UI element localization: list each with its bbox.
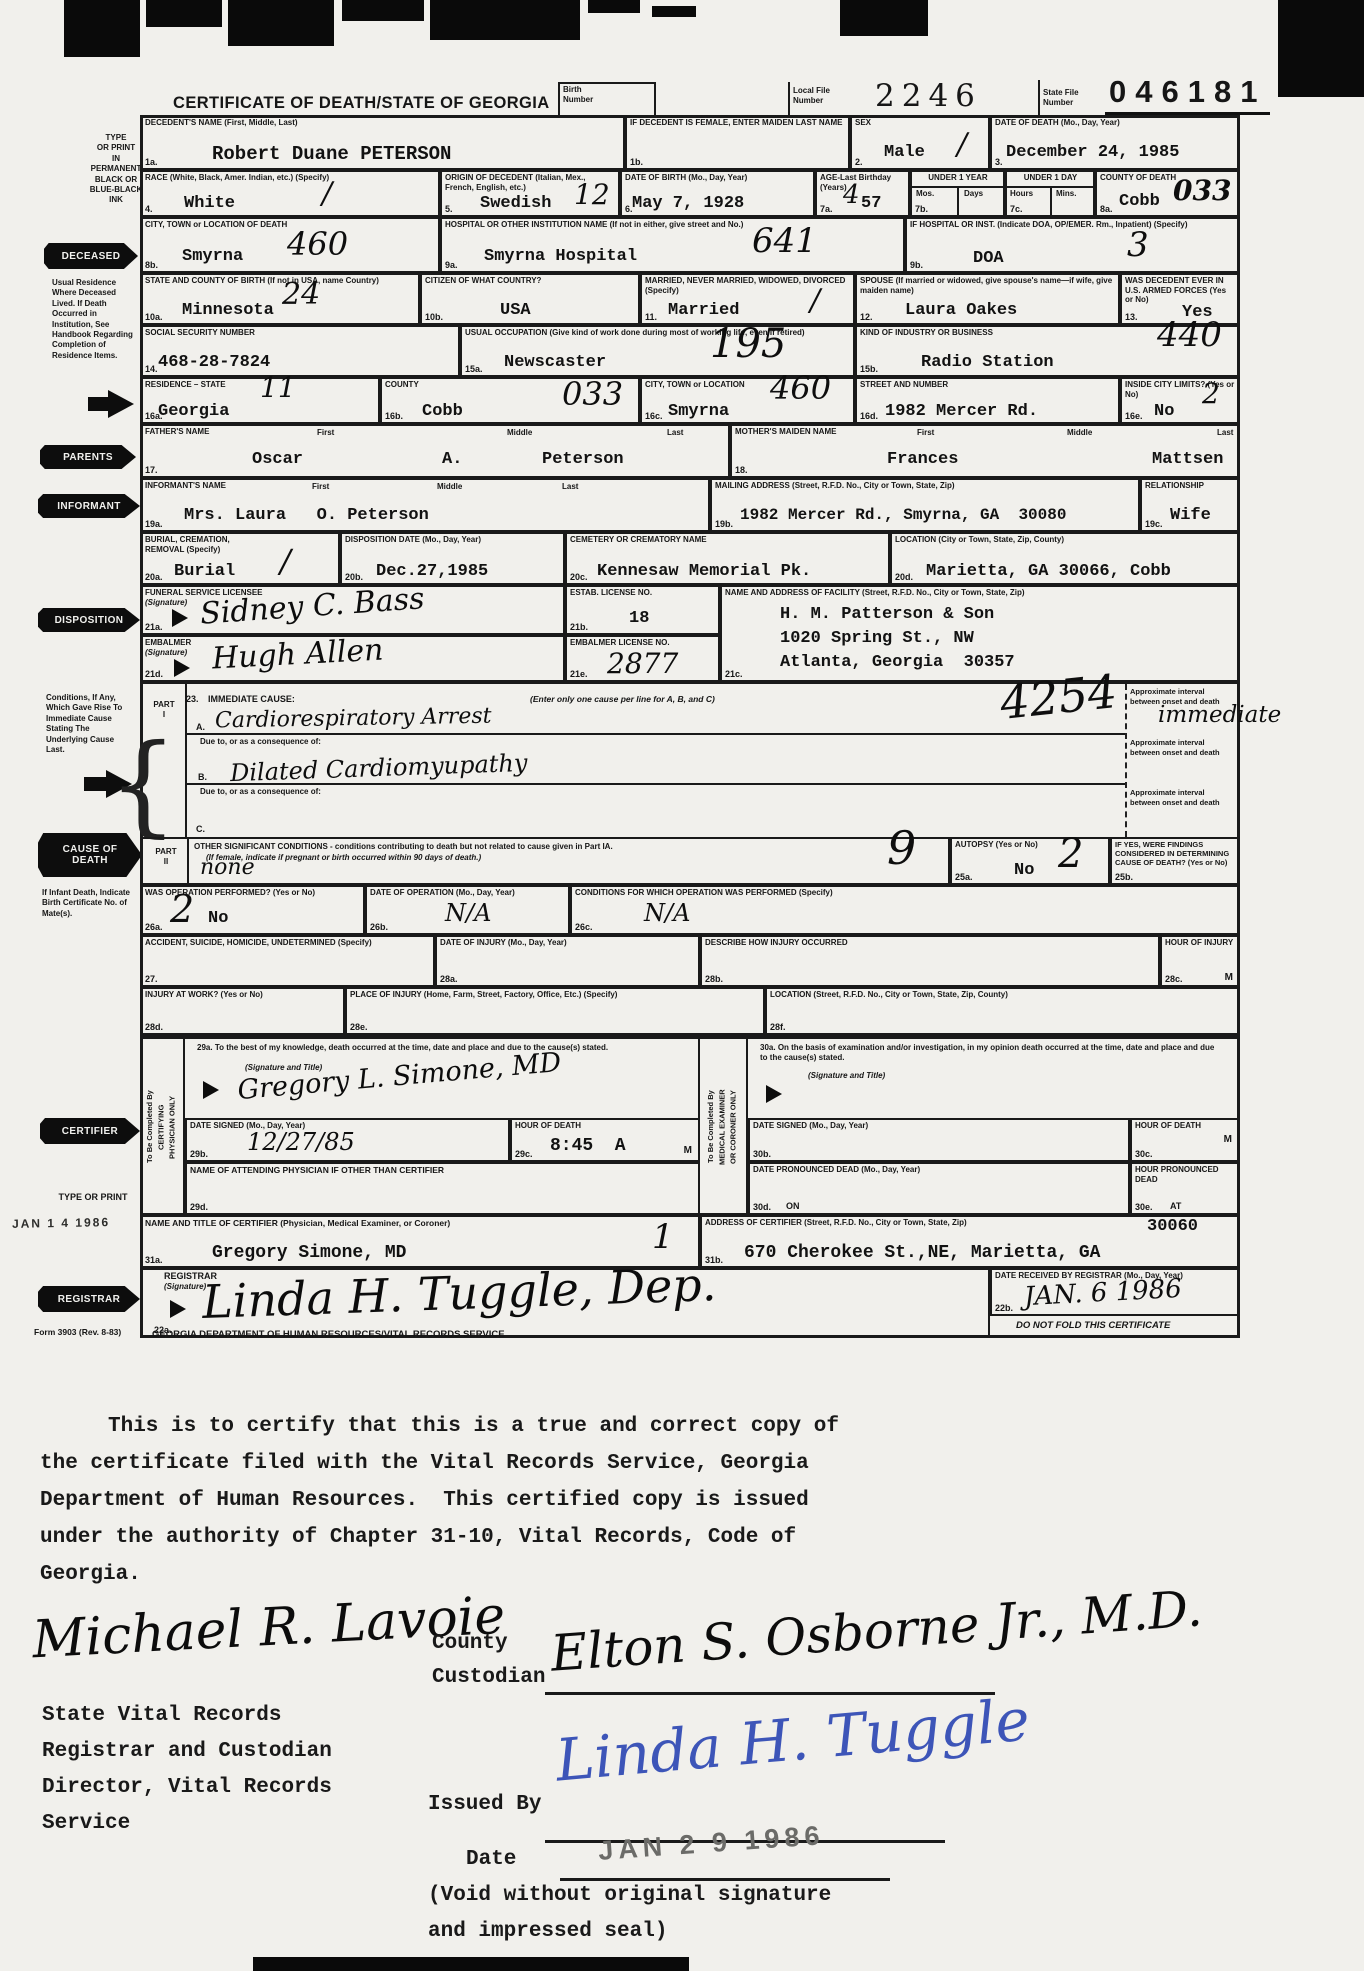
field-3-label: DATE OF DEATH (Mo., Day, Year) — [995, 118, 1236, 128]
field-9a-code: 641 — [752, 221, 817, 261]
field-8a-num: 8a. — [1100, 204, 1113, 214]
field-18-label: MOTHER'S MAIDEN NAME — [735, 427, 885, 437]
type-or-print-2: TYPE OR PRINT — [48, 1192, 138, 1204]
field-26b-label: DATE OF OPERATION (Mo., Day, Year) — [370, 888, 566, 898]
part1-label: PART I — [146, 700, 182, 721]
custodian-label: Custodian — [432, 1666, 545, 1689]
field-13-label: WAS DECEDENT EVER IN U.S. ARMED FORCES (… — [1125, 276, 1236, 305]
field-7c-num: 7c. — [1010, 204, 1023, 214]
field-20a-code: / — [280, 542, 291, 580]
signature-arrow-icon — [172, 609, 188, 627]
field-19a-label: INFORMANT'S NAME — [145, 481, 275, 491]
field-28b-label: DESCRIBE HOW INJURY OCCURRED — [705, 938, 1156, 948]
field-20a-label: BURIAL, CREMATION, REMOVAL (Specify) — [145, 535, 265, 554]
field-28c-num: 28c. — [1165, 974, 1183, 984]
field-25a: AUTOPSY (Yes or No) 25a. No 2 — [950, 837, 1110, 885]
cause-part1-section: PART I 23. IMMEDIATE CAUSE: (Enter only … — [140, 684, 1240, 837]
issued-by-signature: Linda H. Tuggle — [553, 1685, 1032, 1794]
field-9b-value: DOA — [973, 249, 1004, 268]
cert-30a-num: 30a. — [760, 1043, 776, 1052]
cause-a-letter: A. — [196, 722, 205, 732]
field-19c-num: 19c. — [1145, 519, 1163, 529]
parents-tab: PARENTS — [40, 445, 136, 469]
field-2-num: 2. — [855, 157, 863, 167]
field-26c-value: N/A — [644, 899, 690, 927]
field-21e-num: 21e. — [570, 669, 588, 679]
field-25b-num: 25b. — [1115, 872, 1133, 882]
field-16b-code: 033 — [562, 375, 623, 413]
cert-29a-area: 29a. To the best of my knowledge, death … — [185, 1039, 700, 1118]
field-30c: HOUR OF DEATH 30c. M — [1130, 1118, 1240, 1162]
field-26b-num: 26b. — [370, 922, 388, 932]
field-31a-value: Gregory Simone, MD — [212, 1243, 406, 1263]
field-7c-label: UNDER 1 DAY — [1010, 173, 1091, 183]
scan-artifact — [64, 0, 140, 57]
field-4: RACE (White, Black, Amer. Indian, etc.) … — [140, 170, 440, 217]
field-20b-label: DISPOSITION DATE (Mo., Day, Year) — [345, 535, 561, 545]
field-7b-num: 7b. — [915, 204, 928, 214]
field-20b: DISPOSITION DATE (Mo., Day, Year) 20b. D… — [340, 532, 565, 585]
field-20b-value: Dec.27,1985 — [376, 562, 488, 581]
field-19a-last-col: Last — [562, 482, 578, 491]
page-title: CERTIFICATE OF DEATH/STATE OF GEORGIA — [173, 94, 550, 113]
field-14-value: 468-28-7824 — [158, 353, 270, 372]
divider — [1038, 80, 1040, 118]
disposition-tab: DISPOSITION — [38, 608, 140, 632]
field-30b-num: 30b. — [753, 1149, 771, 1159]
certifier-tab: CERTIFIER — [40, 1118, 140, 1144]
field-25b: IF YES, WERE FINDINGS CONSIDERED IN DETE… — [1110, 837, 1240, 885]
date-label: Date — [466, 1848, 516, 1871]
field-18-last-col: Last — [1217, 428, 1233, 437]
field-5-code: 12 — [574, 178, 610, 211]
scan-artifact — [228, 0, 334, 46]
field-31a-code: 1 — [652, 1217, 674, 1257]
field-25a-code: 2 — [1058, 831, 1083, 877]
field-8a: COUNTY OF DEATH 8a. Cobb 033 — [1095, 170, 1240, 217]
certifying-physician-strip-label: To Be Completed By CERTIFYING PHYSICIAN … — [144, 1045, 178, 1209]
field-29d-label: NAME OF ATTENDING PHYSICIAN IF OTHER THA… — [190, 1165, 696, 1175]
field-26c: CONDITIONS FOR WHICH OPERATION WAS PERFO… — [570, 885, 1240, 935]
field-11-num: 11. — [645, 312, 657, 322]
field-29b-value: 12/27/85 — [247, 1128, 355, 1156]
field-16d-value: 1982 Mercer Rd. — [885, 402, 1038, 421]
due-to-b: Due to, or as a consequence of: — [200, 787, 321, 796]
field-20c-num: 20c. — [570, 572, 588, 582]
field-26a-num: 26a. — [145, 922, 163, 932]
field-8b: CITY, TOWN or LOCATION OF DEATH 8b. Smyr… — [140, 217, 440, 273]
scan-artifact — [146, 0, 222, 27]
signature-arrow-icon — [174, 659, 190, 677]
cert-29a-num: 29a. — [197, 1043, 213, 1052]
field-4-label: RACE (White, Black, Amer. Indian, etc.) … — [145, 173, 436, 183]
field-21a-num: 21a. — [145, 622, 163, 632]
field-21b-value: 18 — [629, 609, 649, 628]
field-9a-num: 9a. — [445, 260, 458, 270]
field-7b-mos-label: Mos. — [916, 189, 934, 198]
field-18: MOTHER'S MAIDEN NAME First Middle Last 1… — [730, 424, 1240, 478]
field-22a: REGISTRAR (Signature) 22a. Linda H. Tugg… — [140, 1268, 990, 1338]
cause-head: IMMEDIATE CAUSE: — [208, 694, 295, 704]
field-28b-num: 28b. — [705, 974, 723, 984]
field-10b-label: CITIZEN OF WHAT COUNTRY? — [425, 276, 636, 286]
field-20a: BURIAL, CREMATION, REMOVAL (Specify) 20a… — [140, 532, 340, 585]
field-24-value: none — [200, 855, 255, 880]
field-11: MARRIED, NEVER MARRIED, WIDOWED, DIVORCE… — [640, 273, 855, 325]
field-1b-label: IF DECEDENT IS FEMALE, ENTER MAIDEN LAST… — [630, 118, 846, 128]
field-5-num: 5. — [445, 204, 453, 214]
field-30d-on: ON — [786, 1201, 800, 1211]
signature-arrow-icon — [170, 1300, 186, 1318]
field-2-code: / — [957, 127, 967, 162]
field-21a: FUNERAL SERVICE LICENSEE (Signature) 21a… — [140, 585, 565, 635]
divider — [187, 839, 189, 883]
field-19b-value: 1982 Mercer Rd., Smyrna, GA 30080 — [740, 506, 1066, 524]
field-9b-code: 3 — [1127, 225, 1149, 265]
type-or-print-note: TYPE OR PRINT IN PERMANENT BLACK OR BLUE… — [86, 133, 146, 206]
signature-arrow-icon — [203, 1081, 219, 1099]
field-21b-label: ESTAB. LICENSE NO. — [570, 588, 716, 598]
field-7c-hours-label: Hours — [1010, 189, 1033, 198]
field-3-num: 3. — [995, 157, 1003, 167]
void-line-2: and impressed seal) — [428, 1920, 667, 1943]
cause-a-value: Cardiorespiratory Arrest — [215, 704, 492, 734]
field-17-num: 17. — [145, 465, 158, 475]
department-footer: GEORGIA DEPARTMENT OF HUMAN RESOURCES/VI… — [152, 1329, 505, 1340]
field-10a: STATE AND COUNTY OF BIRTH (If not in USA… — [140, 273, 420, 325]
field-29c-label: HOUR OF DEATH — [515, 1121, 696, 1131]
field-30e-at: AT — [1170, 1201, 1181, 1211]
field-28b: DESCRIBE HOW INJURY OCCURRED 28b. — [700, 935, 1160, 987]
field-5: ORIGIN OF DECEDENT (Italian, Mex., Frenc… — [440, 170, 620, 217]
field-10a-num: 10a. — [145, 312, 163, 322]
field-13-num: 13. — [1125, 312, 1138, 322]
field-31b: ADDRESS OF CERTIFIER (Street, R.F.D. No.… — [700, 1215, 1240, 1268]
field-8b-num: 8b. — [145, 260, 158, 270]
residence-arrow-icon — [108, 390, 134, 418]
divider — [788, 82, 790, 118]
signature-arrow-icon — [766, 1085, 782, 1103]
field-28f-num: 28f. — [770, 1022, 786, 1032]
facility-line2: 1020 Spring St., NW — [780, 629, 974, 648]
state-registrar-signature: Michael R. Lavoie — [31, 1586, 507, 1671]
field-16a-code: 11 — [260, 371, 296, 404]
residence-arrow-icon — [88, 397, 110, 411]
field-7a-value: 57 — [861, 194, 881, 213]
field-21d-num: 21d. — [145, 669, 163, 679]
field-16d-num: 16d. — [860, 411, 878, 421]
field-30e: HOUR PRONOUNCED DEAD 30e. AT — [1130, 1162, 1240, 1215]
field-26c-num: 26c. — [575, 922, 593, 932]
field-28e-num: 28e. — [350, 1022, 368, 1032]
field-19a: INFORMANT'S NAME First Middle Last 19a. … — [140, 478, 710, 532]
field-8a-value: Cobb — [1119, 192, 1160, 211]
divider — [185, 684, 187, 837]
birth-number-box: Birth Number — [558, 82, 656, 118]
field-16c: CITY, TOWN or LOCATION 16c. Smyrna 460 — [640, 377, 855, 424]
cause-c-letter: C. — [196, 824, 205, 834]
field-8b-code: 460 — [287, 225, 348, 263]
part2-label: PART II — [148, 847, 184, 868]
field-11-value: Married — [668, 301, 739, 320]
field-9b: IF HOSPITAL OR INST. (Indicate DOA, OP/E… — [905, 217, 1240, 273]
field-28f: LOCATION (Street, R.F.D. No., City or To… — [765, 987, 1240, 1035]
cert-29a-text: 29a. To the best of my knowledge, death … — [197, 1043, 667, 1053]
field-20d-value: Marietta, GA 30066, Cobb — [926, 562, 1171, 581]
field-30c-num: 30c. — [1135, 1149, 1153, 1159]
field-29b-num: 29b. — [190, 1149, 208, 1159]
field-19a-middle-col: Middle — [437, 482, 462, 491]
brace-decoration: { — [108, 720, 178, 848]
field-25b-label: IF YES, WERE FINDINGS CONSIDERED IN DETE… — [1115, 840, 1236, 867]
field-30b-label: DATE SIGNED (Mo., Day, Year) — [753, 1121, 1126, 1131]
field-30d-num: 30d. — [753, 1202, 771, 1212]
field-10b-value: USA — [500, 301, 531, 320]
field-7a-code: 4 — [843, 180, 860, 210]
field-30d-label: DATE PRONOUNCED DEAD (Mo., Day, Year) — [753, 1165, 1126, 1175]
field-22b: DATE RECEIVED BY REGISTRAR (Mo., Day, Ye… — [990, 1268, 1240, 1316]
field-1a: DECEDENT'S NAME (First, Middle, Last) 1a… — [140, 115, 625, 170]
field-3-value: December 24, 1985 — [1006, 143, 1179, 162]
field-7a-label: AGE-Last Birthday (Years) — [820, 173, 906, 192]
field-19a-value: Mrs. Laura O. Peterson — [184, 506, 429, 525]
state-file-value: 046181 — [1105, 74, 1270, 115]
field-16b-num: 16b. — [385, 411, 403, 421]
jan14-stamp: JAN 1 4 1986 — [12, 1215, 110, 1231]
scan-artifact — [1278, 0, 1364, 97]
field-16d: STREET AND NUMBER 16d. 1982 Mercer Rd. — [855, 377, 1120, 424]
certification-line-1: This is to certify that this is a true a… — [108, 1415, 839, 1438]
field-6-label: DATE OF BIRTH (Mo., Day, Year) — [625, 173, 811, 183]
date-underline — [560, 1878, 890, 1881]
field-7b-label: UNDER 1 YEAR — [915, 173, 1001, 183]
field-1b-num: 1b. — [630, 157, 643, 167]
field-19a-first-col: First — [312, 482, 329, 491]
field-14-label: SOCIAL SECURITY NUMBER — [145, 328, 456, 338]
scan-artifact — [840, 0, 928, 36]
interval-divider — [1125, 684, 1127, 837]
field-16b: COUNTY 16b. Cobb 033 — [380, 377, 640, 424]
field-28a-num: 28a. — [440, 974, 458, 984]
field-27-label: ACCIDENT, SUICIDE, HOMICIDE, UNDETERMINE… — [145, 938, 431, 948]
certification-line-2: the certificate filed with the Vital Rec… — [40, 1452, 809, 1475]
field-24: PART II OTHER SIGNIFICANT CONDITIONS - c… — [140, 837, 950, 885]
field-1b: IF DECEDENT IS FEMALE, ENTER MAIDEN LAST… — [625, 115, 850, 170]
field-28d-num: 28d. — [145, 1022, 163, 1032]
field-12: SPOUSE (If married or widowed, give spou… — [855, 273, 1120, 325]
interval-label-b: Approximate interval between onset and d… — [1130, 738, 1235, 758]
field-26a-code: 2 — [170, 887, 194, 931]
field-15b-code: 440 — [1157, 315, 1222, 355]
field-15b-num: 15b. — [860, 364, 878, 374]
field-29d-num: 29d. — [190, 1202, 208, 1212]
field-11-code: / — [810, 283, 820, 318]
registrar-signature: Linda H. Tuggle, Dep. — [201, 1257, 717, 1329]
field-28c-label: HOUR OF INJURY — [1165, 938, 1236, 948]
local-file-label: Local File Number — [793, 86, 845, 107]
field-30c-m: M — [1224, 1134, 1232, 1145]
medical-examiner-strip-label: To Be Completed By MEDICAL EXAMINER OR C… — [705, 1045, 739, 1209]
field-21c: NAME AND ADDRESS OF FACILITY (Street, R.… — [720, 585, 1240, 682]
field-19b: MAILING ADDRESS (Street, R.F.D. No., Cit… — [710, 478, 1140, 532]
field-19a-num: 19a. — [145, 519, 163, 529]
deceased-tab: DECEASED — [44, 243, 138, 269]
field-28c-m: M — [1225, 972, 1233, 983]
embalmer-signature: Hugh Allen — [211, 633, 384, 677]
field-20d-label: LOCATION (City or Town, State, Zip, Coun… — [895, 535, 1236, 545]
scan-artifact — [342, 0, 424, 21]
field-28a: DATE OF INJURY (Mo., Day, Year) 28a. — [435, 935, 700, 987]
field-18-num: 18. — [735, 465, 748, 475]
field-31b-label: ADDRESS OF CERTIFIER (Street, R.F.D. No.… — [705, 1218, 1095, 1228]
field-20c: CEMETERY OR CREMATORY NAME 20c. Kennesaw… — [565, 532, 890, 585]
field-9b-label: IF HOSPITAL OR INST. (Indicate DOA, OP/E… — [910, 220, 1236, 230]
cause-b-value: Dilated Cardiomyupathy — [230, 749, 528, 787]
field-20c-value: Kennesaw Memorial Pk. — [597, 562, 811, 581]
field-16b-value: Cobb — [422, 402, 463, 421]
field-17-middle: A. — [442, 450, 462, 469]
field-12-num: 12. — [860, 312, 873, 322]
cause-a-code: 4254 — [997, 664, 1119, 730]
field-17-label: FATHER'S NAME — [145, 427, 265, 437]
cause-head-note: (Enter only one cause per line for A, B,… — [530, 694, 715, 704]
usual-residence-note: Usual Residence Where Deceased Lived. If… — [52, 278, 136, 361]
field-1a-num: 1a. — [145, 157, 158, 167]
field-4-value: White — [184, 194, 235, 213]
state-file-label: State File Number — [1043, 88, 1095, 109]
field-16a-value: Georgia — [158, 402, 229, 421]
certifying-physician-signature: Gregory L. Simone, MD — [236, 1047, 562, 1106]
registrar-tab: REGISTRAR — [38, 1286, 140, 1312]
field-20a-value: Burial — [174, 562, 235, 581]
field-26b: DATE OF OPERATION (Mo., Day, Year) 26b. … — [365, 885, 570, 935]
field-29c-m: M — [684, 1145, 692, 1156]
field-31a-num: 31a. — [145, 1255, 163, 1265]
field-4-code: / — [322, 176, 332, 211]
certification-line-5: Georgia. — [40, 1563, 141, 1586]
field-21c-num: 21c. — [725, 669, 743, 679]
field-7a: AGE-Last Birthday (Years) 7a. 4 57 — [815, 170, 910, 217]
cause-rule-b — [186, 783, 1125, 785]
field-21e-value: 2877 — [607, 647, 678, 680]
field-7c: UNDER 1 DAY Hours Mins. 7c. — [1005, 170, 1095, 217]
certification-line-3: Department of Human Resources. This cert… — [40, 1489, 809, 1512]
field-16c-num: 16c. — [645, 411, 663, 421]
state-registrar-title: State Vital Records Registrar and Custod… — [42, 1698, 332, 1842]
field-17-first-col: First — [317, 428, 334, 437]
certifying-physician-strip: To Be Completed By CERTIFYING PHYSICIAN … — [140, 1039, 185, 1215]
certification-line-4: under the authority of Chapter 31-10, Vi… — [40, 1526, 796, 1549]
field-28e-label: PLACE OF INJURY (Home, Farm, Street, Fac… — [350, 990, 761, 1000]
field-25a-value: No — [1014, 861, 1034, 880]
field-30e-label: HOUR PRONOUNCED DEAD — [1135, 1165, 1236, 1184]
field-31b-zip: 30060 — [1147, 1217, 1198, 1236]
field-8a-code: 033 — [1173, 174, 1231, 207]
field-16c-code: 460 — [770, 369, 831, 407]
field-16e: INSIDE CITY LIMITS? (Yes or No) 16e. No … — [1120, 377, 1240, 424]
scan-artifact — [588, 0, 640, 13]
field-21d: EMBALMER (Signature) 21d. Hugh Allen — [140, 635, 565, 682]
field-21b-num: 21b. — [570, 622, 588, 632]
field-27: ACCIDENT, SUICIDE, HOMICIDE, UNDETERMINE… — [140, 935, 435, 987]
field-29c-num: 29c. — [515, 1149, 533, 1159]
field-20b-num: 20b. — [345, 572, 363, 582]
issued-by-label: Issued By — [428, 1793, 541, 1816]
field-24-sublabel: (If female, indicate if pregnant or birt… — [206, 853, 946, 863]
field-12-label: SPOUSE (If married or widowed, give spou… — [860, 276, 1116, 295]
field-17: FATHER'S NAME First Middle Last 17. Osca… — [140, 424, 730, 478]
field-9a-label: HOSPITAL OR OTHER INSTITUTION NAME (If n… — [445, 220, 901, 230]
field-15a-value: Newscaster — [504, 353, 606, 372]
field-18-middle-col: Middle — [1067, 428, 1092, 437]
field-28e: PLACE OF INJURY (Home, Farm, Street, Fac… — [345, 987, 765, 1035]
field-1a-label: DECEDENT'S NAME (First, Middle, Last) — [145, 118, 621, 128]
field-15b: KIND OF INDUSTRY OR BUSINESS 15b. Radio … — [855, 325, 1240, 377]
field-16c-value: Smyrna — [668, 402, 729, 421]
field-15b-value: Radio Station — [921, 353, 1054, 372]
field-28c: HOUR OF INJURY 28c. M — [1160, 935, 1240, 987]
form-number: Form 3903 (Rev. 8-83) — [34, 1327, 144, 1338]
field-8b-value: Smyrna — [182, 247, 243, 266]
field-6-value: May 7, 1928 — [632, 194, 744, 213]
scanned-death-certificate: CERTIFICATE OF DEATH/STATE OF GEORGIA Bi… — [0, 0, 1364, 1971]
field-31a-label: NAME AND TITLE OF CERTIFIER (Physician, … — [145, 1218, 696, 1228]
void-line-1: (Void without original signature — [428, 1884, 831, 1907]
facility-line1: H. M. Patterson & Son — [780, 605, 994, 624]
informant-tab: INFORMANT — [38, 494, 140, 518]
field-26c-label: CONDITIONS FOR WHICH OPERATION WAS PERFO… — [575, 888, 1236, 898]
field-26a-value: No — [208, 909, 228, 928]
conditions-arrow-icon — [84, 777, 108, 791]
field-24-code: 9 — [887, 821, 916, 875]
field-20d: LOCATION (City or Town, State, Zip, Coun… — [890, 532, 1240, 585]
field-7a-num: 7a. — [820, 204, 833, 214]
field-21e: EMBALMER LICENSE NO. 21e. 2877 — [565, 635, 720, 682]
field-18-first: Frances — [887, 450, 958, 469]
field-29d: NAME OF ATTENDING PHYSICIAN IF OTHER THA… — [185, 1162, 700, 1215]
field-15a-code: 195 — [710, 321, 786, 367]
field-30d: DATE PRONOUNCED DEAD (Mo., Day, Year) 30… — [748, 1162, 1130, 1215]
field-7b-days-label: Days — [964, 189, 983, 198]
field-28a-label: DATE OF INJURY (Mo., Day, Year) — [440, 938, 696, 948]
cause-head-num: 23. — [186, 694, 199, 704]
field-12-value: Laura Oakes — [905, 301, 1017, 320]
field-31b-value: 670 Cherokee St.,NE, Marietta, GA — [744, 1243, 1100, 1263]
field-16e-code: 2 — [1202, 377, 1220, 410]
field-30c-label: HOUR OF DEATH — [1135, 1121, 1236, 1131]
field-3: DATE OF DEATH (Mo., Day, Year) 3. Decemb… — [990, 115, 1240, 170]
field-19c-value: Wife — [1170, 506, 1211, 525]
due-to-a: Due to, or as a consequence of: — [200, 737, 321, 746]
field-19b-num: 19b. — [715, 519, 733, 529]
field-2-value: Male — [884, 143, 925, 162]
field-18-first-col: First — [917, 428, 934, 437]
field-2: SEX 2. Male / — [850, 115, 990, 170]
cause-rule-a — [186, 733, 1125, 735]
field-28d-label: INJURY AT WORK? (Yes or No) — [145, 990, 341, 1000]
field-17-last-col: Last — [667, 428, 683, 437]
divider — [1050, 186, 1052, 215]
scan-artifact — [430, 0, 580, 40]
field-9a-value: Smyrna Hospital — [484, 247, 637, 266]
do-not-fold: DO NOT FOLD THIS CERTIFICATE — [1016, 1320, 1170, 1331]
county-label: County — [432, 1632, 508, 1655]
field-5-value: Swedish — [480, 194, 551, 213]
cause-a-interval: immediate — [1158, 702, 1281, 728]
field-28f-label: LOCATION (Street, R.F.D. No., City or To… — [770, 990, 1236, 1000]
field-18-last: Mattsen — [1152, 450, 1223, 469]
facility-line3: Atlanta, Georgia 30357 — [780, 653, 1015, 672]
